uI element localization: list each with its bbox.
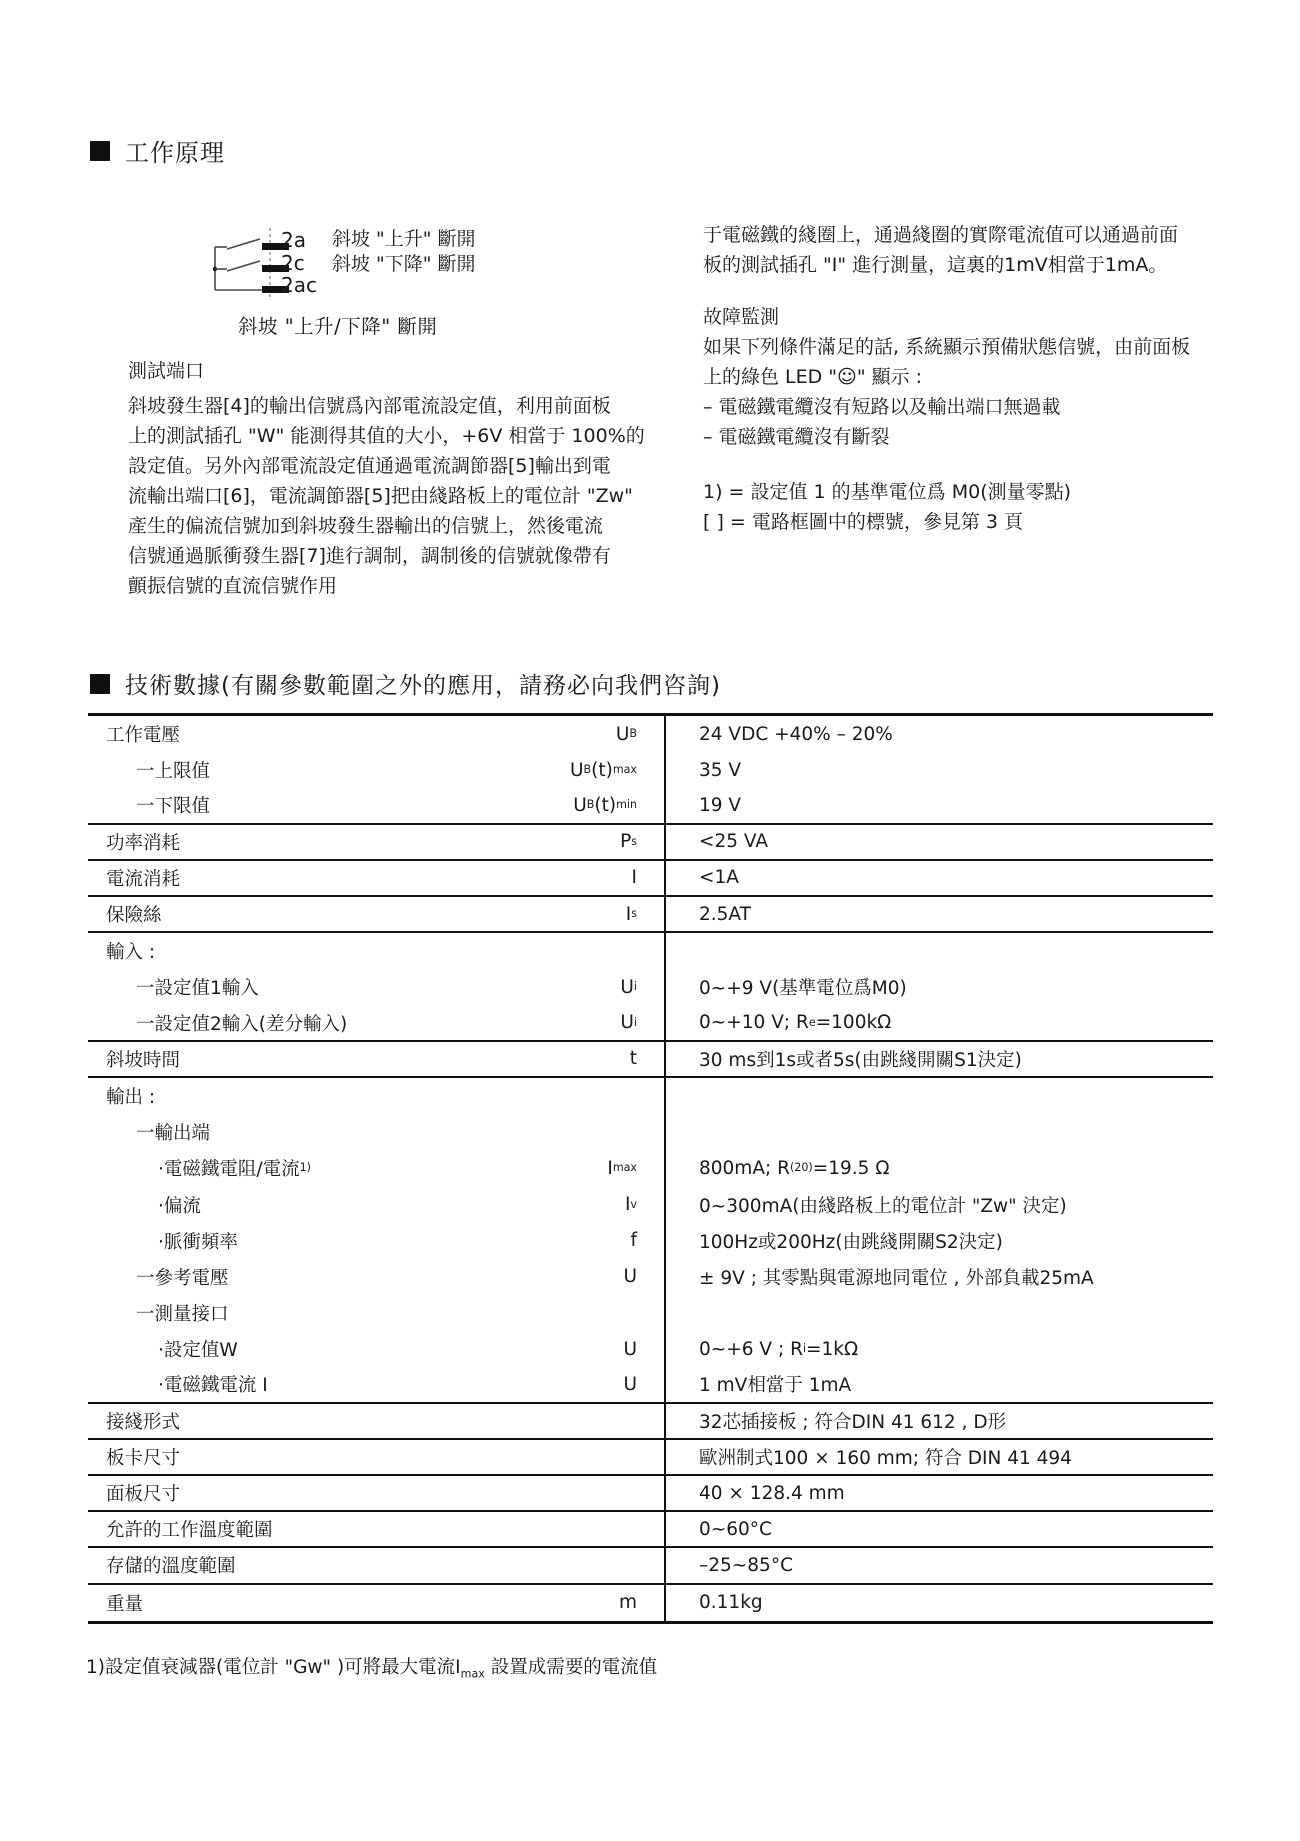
- row-symbol: [514, 1078, 664, 1114]
- row-value: 32芯插接板 ; 符合DIN 41 612 , D形: [664, 1404, 1213, 1438]
- row-symbol: [514, 1295, 664, 1331]
- working-principle-header: 工作原理: [90, 133, 225, 168]
- row-label: 輸入 :: [88, 933, 514, 969]
- table-footnote: 1)設定值衰減器(電位計 "Gw" )可將最大電流Imax 設置成需要的電流值: [86, 1653, 657, 1679]
- row-symbol: U: [514, 1259, 664, 1295]
- row-label: 存儲的溫度範圍: [88, 1548, 514, 1582]
- row-value: 19 V: [664, 788, 1213, 822]
- fault-monitor-paragraph: 如果下列條件滿足的話, 系統顯示預備狀態信號，由前面板上的綠色 LED "☺" …: [703, 332, 1190, 392]
- row-value: [664, 1295, 1213, 1331]
- table-row: 板卡尺寸歐洲制式100 × 160 mm; 符合 DIN 41 494: [88, 1440, 1213, 1476]
- table-row: ·電磁鐵電流 IU1 mV相當于 1mA: [88, 1367, 1213, 1403]
- test-port-heading: 測試端口: [128, 356, 204, 383]
- row-label: ·電磁鐵電阻/電流 1): [88, 1150, 514, 1186]
- paragraph-line: 斜坡發生器[4]的輸出信號爲內部電流設定值，利用前面板: [128, 391, 645, 421]
- row-value: <25 VA: [664, 825, 1213, 859]
- table-row: 斜坡時間t30 ms到1s或者5s(由跳綫開關S1決定): [88, 1042, 1213, 1078]
- row-label: 一上限值: [88, 752, 514, 788]
- table-row: 一設定值2輸入(差分輸入)Ui0~+10 V; Re=100kΩ: [88, 1006, 1213, 1042]
- row-label: 板卡尺寸: [88, 1440, 514, 1474]
- table-row: 電流消耗I<1A: [88, 861, 1213, 897]
- row-value: 0.11kg: [664, 1585, 1213, 1621]
- bullet-line: – 電磁鐵電纜沒有短路以及輸出端口無過載: [703, 392, 1061, 422]
- diagram-legend: 斜坡 "上升" 斷開斜坡 "下降" 斷開: [332, 227, 476, 277]
- row-symbol: I: [514, 861, 664, 895]
- row-symbol: f: [514, 1223, 664, 1259]
- row-label: 允許的工作溫度範圍: [88, 1512, 514, 1546]
- note-line: 1) = 設定值 1 的基準電位爲 M0(測量零點): [703, 477, 1071, 507]
- row-symbol: Iv: [514, 1186, 664, 1222]
- row-label: 輸出 :: [88, 1078, 514, 1114]
- row-value: 24 VDC +40% – 20%: [664, 716, 1213, 752]
- row-symbol: UB: [514, 716, 664, 752]
- table-row: ·設定值WU0~+6 V ; Ri=1kΩ: [88, 1331, 1213, 1367]
- row-symbol: t: [514, 1042, 664, 1076]
- diagram-terminal-label: 2ac: [281, 273, 317, 297]
- table-row: 一參考電壓U± 9V ; 其零點與電源地同電位 , 外部負載25mA: [88, 1259, 1213, 1295]
- row-value: 40 × 128.4 mm: [664, 1476, 1213, 1510]
- row-symbol: [514, 933, 664, 969]
- row-label: 一下限值: [88, 788, 514, 822]
- row-symbol: [514, 1512, 664, 1546]
- fault-monitor-heading: 故障監測: [703, 302, 779, 329]
- paragraph-line: 于電磁鐵的綫圈上，通過綫圈的實際電流值可以通過前面: [703, 220, 1178, 250]
- technical-data-table: 工作電壓UB24 VDC +40% – 20%一上限值UB(t)max35 V一…: [88, 713, 1213, 1624]
- row-symbol: [514, 1114, 664, 1150]
- row-symbol: Is: [514, 897, 664, 931]
- table-row: 一下限值UB(t)min19 V: [88, 788, 1213, 824]
- diagram-legend-line: 斜坡 "上升" 斷開: [332, 227, 476, 252]
- row-symbol: Ps: [514, 825, 664, 859]
- row-value: 35 V: [664, 752, 1213, 788]
- table-row: 一輸出端: [88, 1114, 1213, 1150]
- fault-monitor-bullets: – 電磁鐵電纜沒有短路以及輸出端口無過載– 電磁鐵電纜沒有斷裂: [703, 392, 1061, 452]
- row-value: 0~+9 V(基準電位爲M0): [664, 969, 1213, 1005]
- row-symbol: [514, 1404, 664, 1438]
- row-symbol: [514, 1548, 664, 1582]
- row-symbol: Imax: [514, 1150, 664, 1186]
- row-label: 工作電壓: [88, 716, 514, 752]
- row-value: <1A: [664, 861, 1213, 895]
- paragraph-line: 設定值。另外內部電流設定值通過電流調節器[5]輸出到電: [128, 451, 645, 481]
- table-row: 一測量接口: [88, 1295, 1213, 1331]
- row-value: [664, 1078, 1213, 1114]
- table-row: 功率消耗Ps<25 VA: [88, 825, 1213, 861]
- row-symbol: Ui: [514, 969, 664, 1005]
- diagram-terminal-label: 2a: [281, 228, 306, 252]
- table-row: 保險絲Is2.5AT: [88, 897, 1213, 933]
- section-marker-square-icon: [90, 674, 110, 694]
- table-row: 面板尺寸40 × 128.4 mm: [88, 1476, 1213, 1512]
- diagram-caption: 斜坡 "上升/下降" 斷開: [238, 311, 437, 339]
- row-value: ± 9V ; 其零點與電源地同電位 , 外部負載25mA: [664, 1259, 1213, 1295]
- coil-measure-paragraph: 于電磁鐵的綫圈上，通過綫圈的實際電流值可以通過前面板的測試插孔 "I" 進行測量…: [703, 220, 1178, 280]
- row-value: 歐洲制式100 × 160 mm; 符合 DIN 41 494: [664, 1440, 1213, 1474]
- row-value: 0~300mA(由綫路板上的電位計 "Zw" 決定): [664, 1186, 1213, 1222]
- reference-notes: 1) = 設定值 1 的基準電位爲 M0(測量零點)[ ] = 電路框圖中的標號…: [703, 477, 1071, 537]
- row-label: 一輸出端: [88, 1114, 514, 1150]
- row-label: 一設定值2輸入(差分輸入): [88, 1006, 514, 1040]
- row-value: [664, 1114, 1213, 1150]
- datasheet-page: 工作原理 2a2c2ac 斜坡 "上升" 斷開斜坡 "下降" 斷開 斜坡 "上升…: [0, 0, 1300, 1841]
- table-row: ·電磁鐵電阻/電流 1)Imax800mA; R(20)=19.5 Ω: [88, 1150, 1213, 1186]
- paragraph-line: 板的測試插孔 "I" 進行測量，這裏的1mV相當于1mA。: [703, 250, 1178, 280]
- table-row: 接綫形式32芯插接板 ; 符合DIN 41 612 , D形: [88, 1404, 1213, 1440]
- table-row: 允許的工作溫度範圍0~60°C: [88, 1512, 1213, 1548]
- row-value: 1 mV相當于 1mA: [664, 1367, 1213, 1401]
- diagram-legend-line: 斜坡 "下降" 斷開: [332, 252, 476, 277]
- section-title: 技術數據(有關參數範圍之外的應用，請務必向我們咨詢): [125, 667, 721, 700]
- row-label: ·偏流: [88, 1186, 514, 1222]
- row-label: 斜坡時間: [88, 1042, 514, 1076]
- table-row: 重量m0.11kg: [88, 1585, 1213, 1621]
- row-value: 0~60°C: [664, 1512, 1213, 1546]
- row-label: 功率消耗: [88, 825, 514, 859]
- row-label: 接綫形式: [88, 1404, 514, 1438]
- bullet-line: – 電磁鐵電纜沒有斷裂: [703, 422, 1061, 452]
- row-symbol: UB(t)max: [514, 752, 664, 788]
- row-value: [664, 933, 1213, 969]
- row-label: 一設定值1輸入: [88, 969, 514, 1005]
- technical-data-header: 技術數據(有關參數範圍之外的應用，請務必向我們咨詢): [90, 667, 721, 700]
- row-label: 面板尺寸: [88, 1476, 514, 1510]
- row-label: 電流消耗: [88, 861, 514, 895]
- paragraph-line: 上的綠色 LED "☺" 顯示 :: [703, 362, 1190, 392]
- row-label: ·設定值W: [88, 1331, 514, 1367]
- paragraph-line: 產生的偏流信號加到斜坡發生器輸出的信號上，然後電流: [128, 511, 645, 541]
- row-symbol: U: [514, 1331, 664, 1367]
- table-row: 存儲的溫度範圍–25~85°C: [88, 1548, 1213, 1584]
- section-title: 工作原理: [125, 133, 225, 168]
- table-row: 工作電壓UB24 VDC +40% – 20%: [88, 716, 1213, 752]
- row-symbol: m: [514, 1585, 664, 1621]
- row-value: 0~+10 V; Re=100kΩ: [664, 1006, 1213, 1040]
- table-row: ·偏流Iv0~300mA(由綫路板上的電位計 "Zw" 決定): [88, 1186, 1213, 1222]
- row-value: –25~85°C: [664, 1548, 1213, 1582]
- row-label: 保險絲: [88, 897, 514, 931]
- paragraph-line: 上的測試插孔 "W" 能測得其值的大小，+6V 相當于 100%的: [128, 421, 645, 451]
- test-port-paragraph: 斜坡發生器[4]的輸出信號爲內部電流設定值，利用前面板上的測試插孔 "W" 能測…: [128, 391, 645, 601]
- paragraph-line: 流輸出端口[6]，電流調節器[5]把由綫路板上的電位計 "Zw": [128, 481, 645, 511]
- row-value: 0~+6 V ; Ri=1kΩ: [664, 1331, 1213, 1367]
- paragraph-line: 如果下列條件滿足的話, 系統顯示預備狀態信號，由前面板: [703, 332, 1190, 362]
- row-symbol: [514, 1440, 664, 1474]
- row-value: 100Hz或200Hz(由跳綫開關S2決定): [664, 1223, 1213, 1259]
- table-row: 輸入 :: [88, 933, 1213, 969]
- row-symbol: U: [514, 1367, 664, 1401]
- row-value: 800mA; R(20)=19.5 Ω: [664, 1150, 1213, 1186]
- row-value: 30 ms到1s或者5s(由跳綫開關S1決定): [664, 1042, 1213, 1076]
- row-symbol: [514, 1476, 664, 1510]
- row-label: ·脈衝頻率: [88, 1223, 514, 1259]
- row-label: 一測量接口: [88, 1295, 514, 1331]
- table-row: ·脈衝頻率f100Hz或200Hz(由跳綫開關S2決定): [88, 1223, 1213, 1259]
- row-label: 一參考電壓: [88, 1259, 514, 1295]
- row-label: ·電磁鐵電流 I: [88, 1367, 514, 1401]
- note-line: [ ] = 電路框圖中的標號，參見第 3 頁: [703, 507, 1071, 537]
- row-label: 重量: [88, 1585, 514, 1621]
- table-row: 輸出 :: [88, 1078, 1213, 1114]
- paragraph-line: 信號通過脈衝發生器[7]進行調制，調制後的信號就像帶有: [128, 541, 645, 571]
- paragraph-line: 顫振信號的直流信號作用: [128, 571, 645, 601]
- row-symbol: Ui: [514, 1006, 664, 1040]
- section-marker-square-icon: [90, 141, 110, 161]
- row-symbol: UB(t)min: [514, 788, 664, 822]
- table-row: 一設定值1輸入Ui0~+9 V(基準電位爲M0): [88, 969, 1213, 1005]
- diagram-terminal-label: 2c: [281, 251, 305, 275]
- table-row: 一上限值UB(t)max35 V: [88, 752, 1213, 788]
- row-value: 2.5AT: [664, 897, 1213, 931]
